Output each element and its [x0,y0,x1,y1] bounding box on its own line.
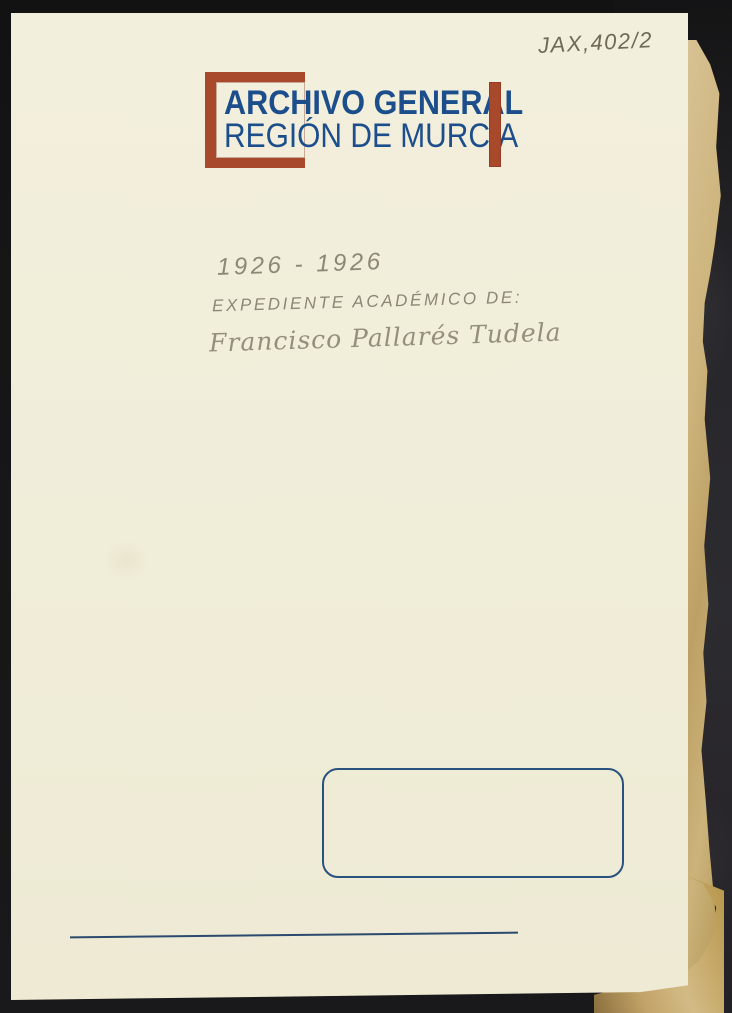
handwritten-title: EXPEDIENTE ACADÉMICO DE: [212,288,523,317]
bottom-rule-line [70,932,518,939]
handwritten-date-range: 1926 - 1926 [217,248,384,282]
empty-label-box [322,768,624,878]
scanned-document: JAX,402/2 ARCHIVO GENERAL REGIÓN DE MURC… [0,0,732,1013]
reference-code: JAX,402/2 [537,27,653,59]
logo-right-bar-icon [489,82,501,167]
handwritten-name: Francisco Pallarés Tudela [209,317,562,357]
document-page: JAX,402/2 ARCHIVO GENERAL REGIÓN DE MURC… [11,13,688,1000]
logo-wordmark: ARCHIVO GENERAL REGIÓN DE MURCIA [224,87,558,153]
paper-smudge [96,533,156,588]
logo-line-1: ARCHIVO GENERAL [224,87,525,120]
logo-line-2: REGIÓN DE MURCIA [224,120,518,153]
